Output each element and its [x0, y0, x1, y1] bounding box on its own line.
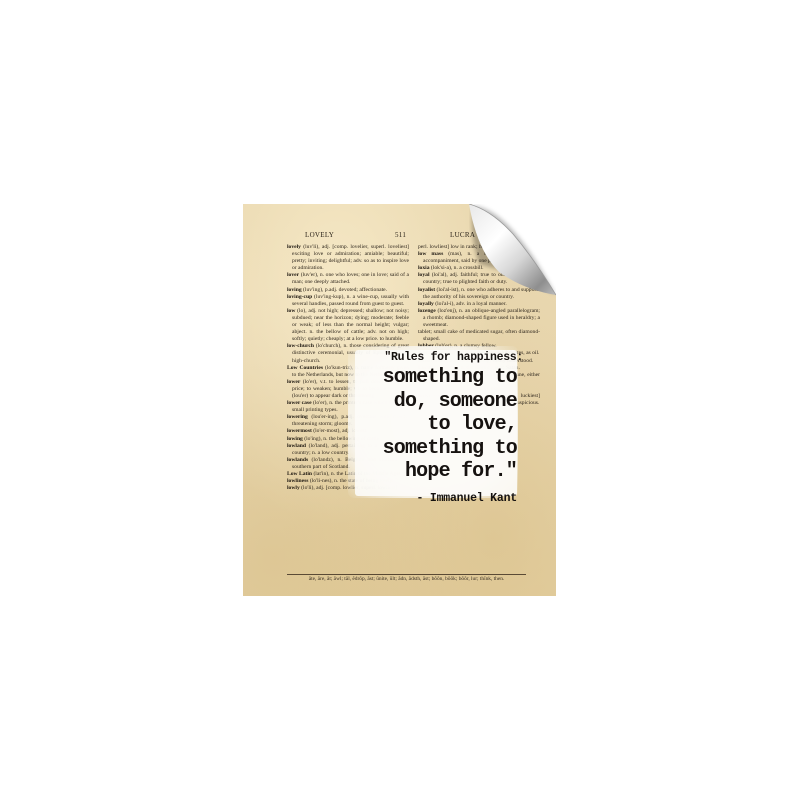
dictionary-entry: loving-cup (luv'ing-kup), n. a wine-cup,…	[287, 294, 409, 308]
entry-headword: lowing	[287, 436, 303, 442]
dictionary-entry: low (lo), adj. not high; depressed; shal…	[287, 308, 409, 343]
entry-headword: lozenge	[418, 308, 436, 314]
entry-headword: lower case	[287, 400, 312, 406]
entry-definition: (lo), adj. not high; depressed; shallow;…	[292, 308, 409, 342]
entry-headword: lovely	[287, 244, 301, 250]
entry-headword: lover	[287, 272, 299, 278]
entry-headword: loyally	[418, 301, 434, 307]
dictionary-entry: lover (luv'er), n. one who loves; one in…	[287, 272, 409, 286]
entry-headword: loyalist	[418, 287, 435, 293]
quote-intro: "Rules for happiness:	[349, 349, 523, 366]
quote-author: - Immanuel Kant	[349, 491, 517, 507]
entry-definition: (loi'al-i), adv. in a loyal manner.	[435, 301, 506, 307]
entry-headword: lowlands	[287, 457, 308, 463]
quote-line: something to	[349, 437, 517, 461]
entry-headword: low-church	[287, 343, 314, 349]
quote-line: do, someone	[349, 390, 517, 414]
entry-headword: loving	[287, 287, 302, 293]
pronunciation-key: ăte, ăre, ăt; āwl; tăl, ĕdrŏp, ăst; ŭnit…	[287, 576, 526, 583]
entry-headword: low	[287, 308, 295, 314]
quote-block: "Rules for happiness: something todo, so…	[349, 349, 517, 507]
quote-line: to love,	[349, 413, 517, 437]
footer-divider	[287, 574, 526, 575]
peel-corner-icon	[469, 204, 556, 299]
entry-headword: lowland	[287, 443, 306, 449]
entry-definition: (loz'enj), n. an oblique-angled parallel…	[423, 308, 540, 328]
dictionary-entry: tablet; small cake of medicated sugar, o…	[418, 329, 540, 343]
entry-headword: lowly	[287, 485, 300, 491]
entry-headword: loyal	[418, 272, 430, 278]
header-page-number: 511	[395, 231, 406, 239]
entry-definition: (luv'ing), p.adj. devoted; affectionate.	[303, 287, 387, 293]
quote-lines: something todo, someoneto love,something…	[349, 366, 517, 484]
entry-headword: Low Latin	[287, 471, 312, 477]
entry-headword: loxia	[418, 265, 430, 271]
entry-headword: Low Countries	[287, 365, 323, 371]
entry-headword: lowermost	[287, 428, 312, 434]
dictionary-entry: lovely (luv'li), adj. [comp. lovelier, s…	[287, 244, 409, 272]
dictionary-entry: loving (luv'ing), p.adj. devoted; affect…	[287, 287, 409, 294]
quote-line: something to	[349, 366, 517, 390]
entry-definition: (luv'er), n. one who loves; one in love;…	[292, 272, 409, 285]
entry-headword: low mass	[418, 251, 443, 257]
header-guide-word-left: LOVELY	[305, 231, 334, 239]
dictionary-entry: loyally (loi'al-i), adv. in a loyal mann…	[418, 301, 540, 308]
dictionary-entry: lozenge (loz'enj), n. an oblique-angled …	[418, 308, 540, 329]
entry-headword: lowering	[287, 414, 308, 420]
entry-headword: loving-cup	[287, 294, 312, 300]
entry-headword: lowliness	[287, 478, 308, 484]
quote-line: hope for."	[349, 460, 517, 484]
entry-headword: lower	[287, 379, 300, 385]
entry-definition: (luv'li), adj. [comp. lovelier, superl. …	[292, 244, 409, 271]
entry-definition: tablet; small cake of medicated sugar, o…	[418, 329, 540, 342]
